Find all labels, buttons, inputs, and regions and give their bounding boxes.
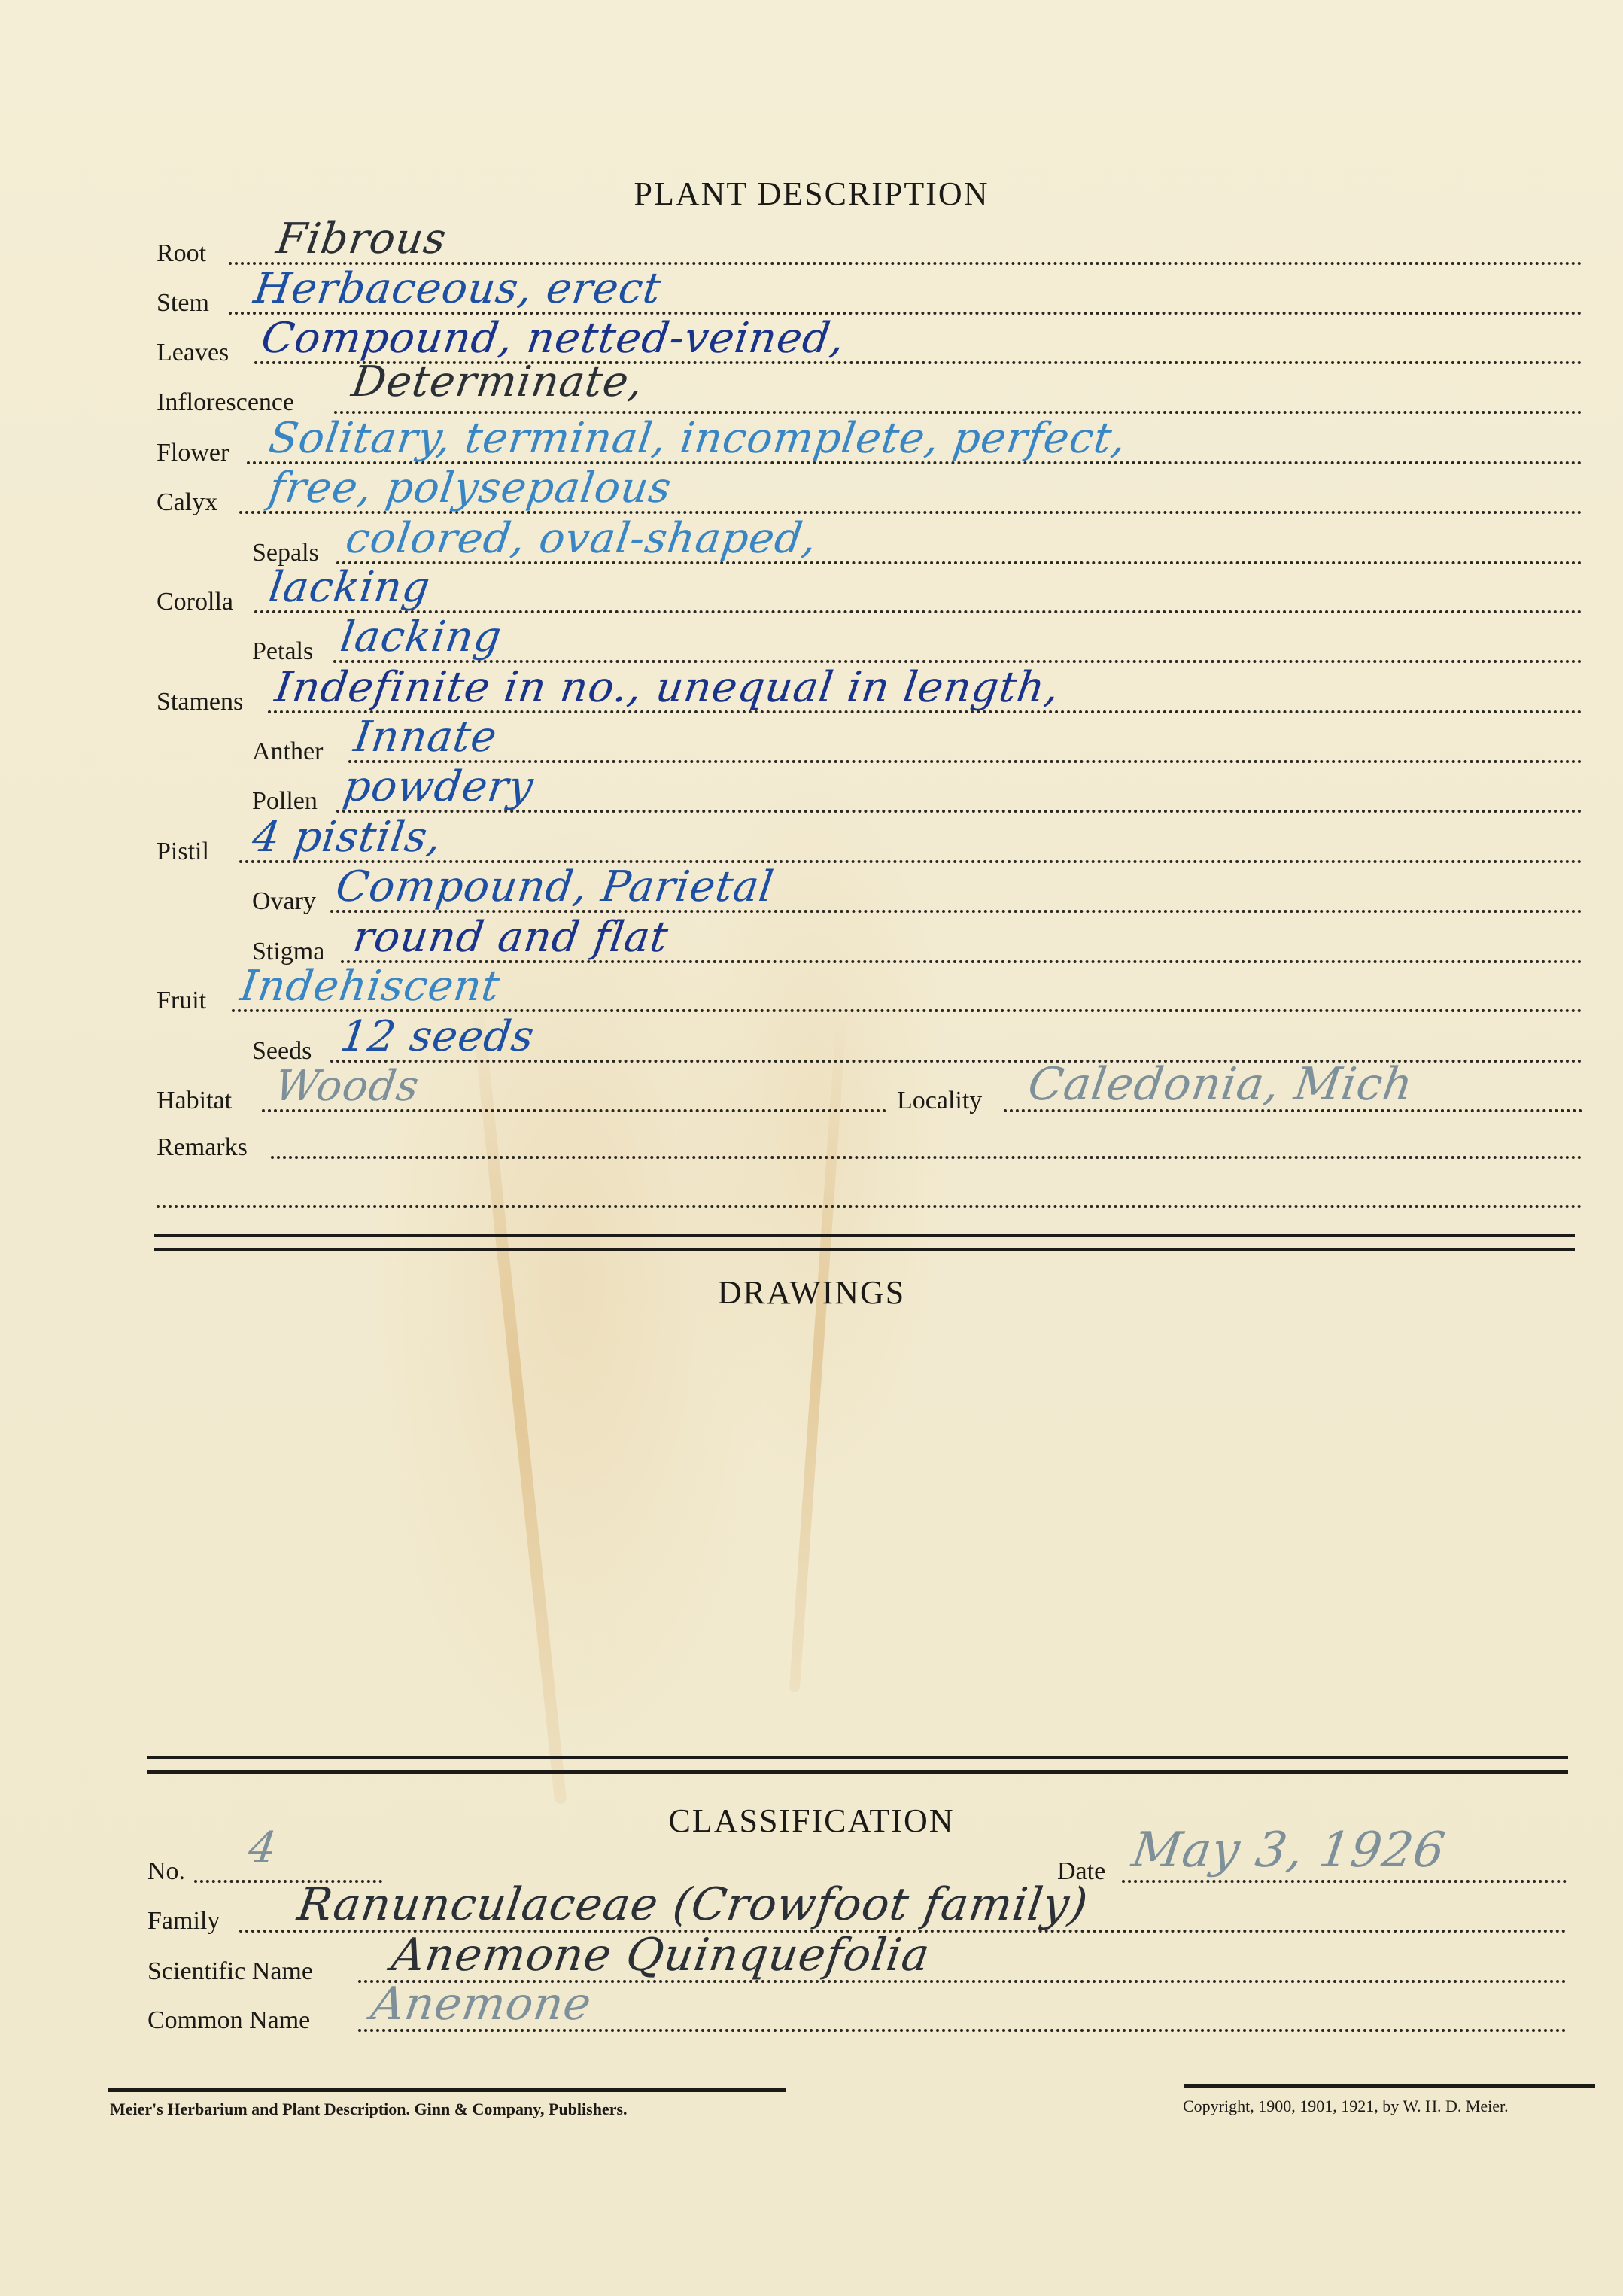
field-remarks-continued[interactable] bbox=[157, 1161, 1582, 1214]
field-label: Petals bbox=[252, 637, 313, 666]
field-label: Inflorescence bbox=[157, 388, 294, 417]
field-value[interactable]: lacking bbox=[337, 613, 505, 661]
field-ovary[interactable]: Ovary Compound, Parietal bbox=[252, 866, 1582, 919]
field-label: Calyx bbox=[157, 488, 217, 517]
field-value[interactable]: 4 bbox=[245, 1823, 280, 1872]
field-label: Scientific Name bbox=[147, 1957, 313, 1986]
field-label: Common Name bbox=[147, 2006, 310, 2035]
field-label: Root bbox=[157, 239, 206, 268]
field-label: Flower bbox=[157, 439, 229, 467]
field-label: Stamens bbox=[157, 688, 243, 716]
field-stamens[interactable]: Stamens Indefinite in no., unequal in le… bbox=[157, 667, 1582, 719]
section-divider bbox=[147, 1756, 1568, 1774]
footer-rule-right bbox=[1184, 2084, 1595, 2088]
field-label: Stem bbox=[157, 289, 209, 318]
field-value[interactable]: free, polysepalous bbox=[266, 464, 674, 512]
field-date[interactable]: Date May 3, 1926 bbox=[1057, 1836, 1567, 1889]
dotted-line bbox=[271, 1156, 1582, 1159]
field-label: Remarks bbox=[157, 1133, 248, 1162]
field-value[interactable]: Herbaceous, erect bbox=[251, 264, 664, 313]
field-common-name[interactable]: Common Name Anemone bbox=[147, 1985, 1567, 2038]
field-value[interactable]: powdery bbox=[340, 762, 536, 811]
copyright-notice: Copyright, 1900, 1901, 1921, by W. H. D.… bbox=[1183, 2097, 1509, 2116]
dotted-line bbox=[1122, 1880, 1567, 1883]
field-value[interactable]: Indehiscent bbox=[237, 962, 503, 1011]
drawings-title: DRAWINGS bbox=[0, 1273, 1623, 1312]
plant-description-title: PLANT DESCRIPTION bbox=[0, 175, 1623, 213]
field-label: Corolla bbox=[157, 588, 233, 616]
field-anther[interactable]: Anther Innate bbox=[252, 716, 1582, 769]
field-pistil[interactable]: Pistil 4 pistils, bbox=[157, 817, 1582, 869]
field-flower[interactable]: Flower Solitary, terminal, incomplete, p… bbox=[157, 418, 1582, 470]
field-label: Pollen bbox=[252, 787, 318, 816]
field-value[interactable]: Compound, netted-veined, bbox=[258, 314, 848, 363]
field-value[interactable]: Anemone bbox=[368, 1978, 594, 2030]
field-value[interactable]: Caledonia, Mich bbox=[1025, 1058, 1416, 1111]
field-inflorescence[interactable]: Inflorescence Determinate, bbox=[157, 367, 1582, 420]
field-label: Fruit bbox=[157, 987, 206, 1015]
field-label: Habitat bbox=[157, 1087, 232, 1115]
dotted-line bbox=[157, 1205, 1582, 1208]
publisher-credit: Meier's Herbarium and Plant Description.… bbox=[110, 2100, 628, 2119]
field-stem[interactable]: Stem Herbaceous, erect bbox=[157, 268, 1582, 321]
field-value[interactable]: round and flat bbox=[350, 913, 671, 962]
field-value[interactable]: Woods bbox=[272, 1062, 422, 1111]
field-label: Pistil bbox=[157, 838, 209, 866]
field-label: Locality bbox=[897, 1087, 982, 1115]
section-divider bbox=[154, 1234, 1575, 1251]
field-label: Family bbox=[147, 1907, 220, 1936]
field-value[interactable]: 12 seeds bbox=[337, 1012, 537, 1061]
field-root[interactable]: Root Fibrous bbox=[157, 218, 1582, 271]
field-locality[interactable]: Locality Caledonia, Mich bbox=[897, 1066, 1582, 1118]
field-label: No. bbox=[147, 1857, 185, 1886]
field-value[interactable]: 4 pistils, bbox=[249, 813, 445, 862]
field-value[interactable]: Indefinite in no., unequal in length, bbox=[272, 663, 1062, 712]
field-corolla[interactable]: Corolla lacking bbox=[157, 567, 1582, 619]
drawings-area[interactable] bbox=[154, 1324, 1569, 1746]
field-value[interactable]: lacking bbox=[266, 563, 433, 612]
footer-rule-left bbox=[108, 2088, 786, 2092]
field-habitat[interactable]: Habitat Woods bbox=[157, 1066, 886, 1118]
field-value[interactable]: colored, oval-shaped, bbox=[342, 514, 820, 563]
field-fruit[interactable]: Fruit Indehiscent bbox=[157, 966, 1582, 1018]
field-remarks[interactable]: Remarks bbox=[157, 1112, 1582, 1165]
field-value[interactable]: May 3, 1926 bbox=[1129, 1823, 1449, 1878]
field-label: Anther bbox=[252, 737, 323, 766]
field-label: Ovary bbox=[252, 887, 316, 916]
field-scientific-name[interactable]: Scientific Name Anemone Quinquefolia bbox=[147, 1936, 1567, 1989]
field-label: Leaves bbox=[157, 339, 229, 367]
field-value[interactable]: Determinate, bbox=[348, 357, 646, 406]
field-value[interactable]: Innate bbox=[351, 713, 500, 762]
field-value[interactable]: Fibrous bbox=[273, 214, 449, 263]
field-value[interactable]: Compound, Parietal bbox=[333, 862, 777, 911]
field-calyx[interactable]: Calyx free, polysepalous bbox=[157, 467, 1582, 520]
field-sepals[interactable]: Sepals colored, oval-shaped, bbox=[252, 518, 1582, 570]
field-value[interactable]: Solitary, terminal, incomplete, perfect, bbox=[266, 414, 1129, 463]
field-petals[interactable]: Petals lacking bbox=[252, 616, 1582, 669]
field-value[interactable]: Anemone Quinquefolia bbox=[388, 1929, 933, 1981]
field-pollen[interactable]: Pollen powdery bbox=[252, 766, 1582, 819]
field-value[interactable]: Ranunculaceae (Crowfoot family) bbox=[294, 1878, 1091, 1931]
